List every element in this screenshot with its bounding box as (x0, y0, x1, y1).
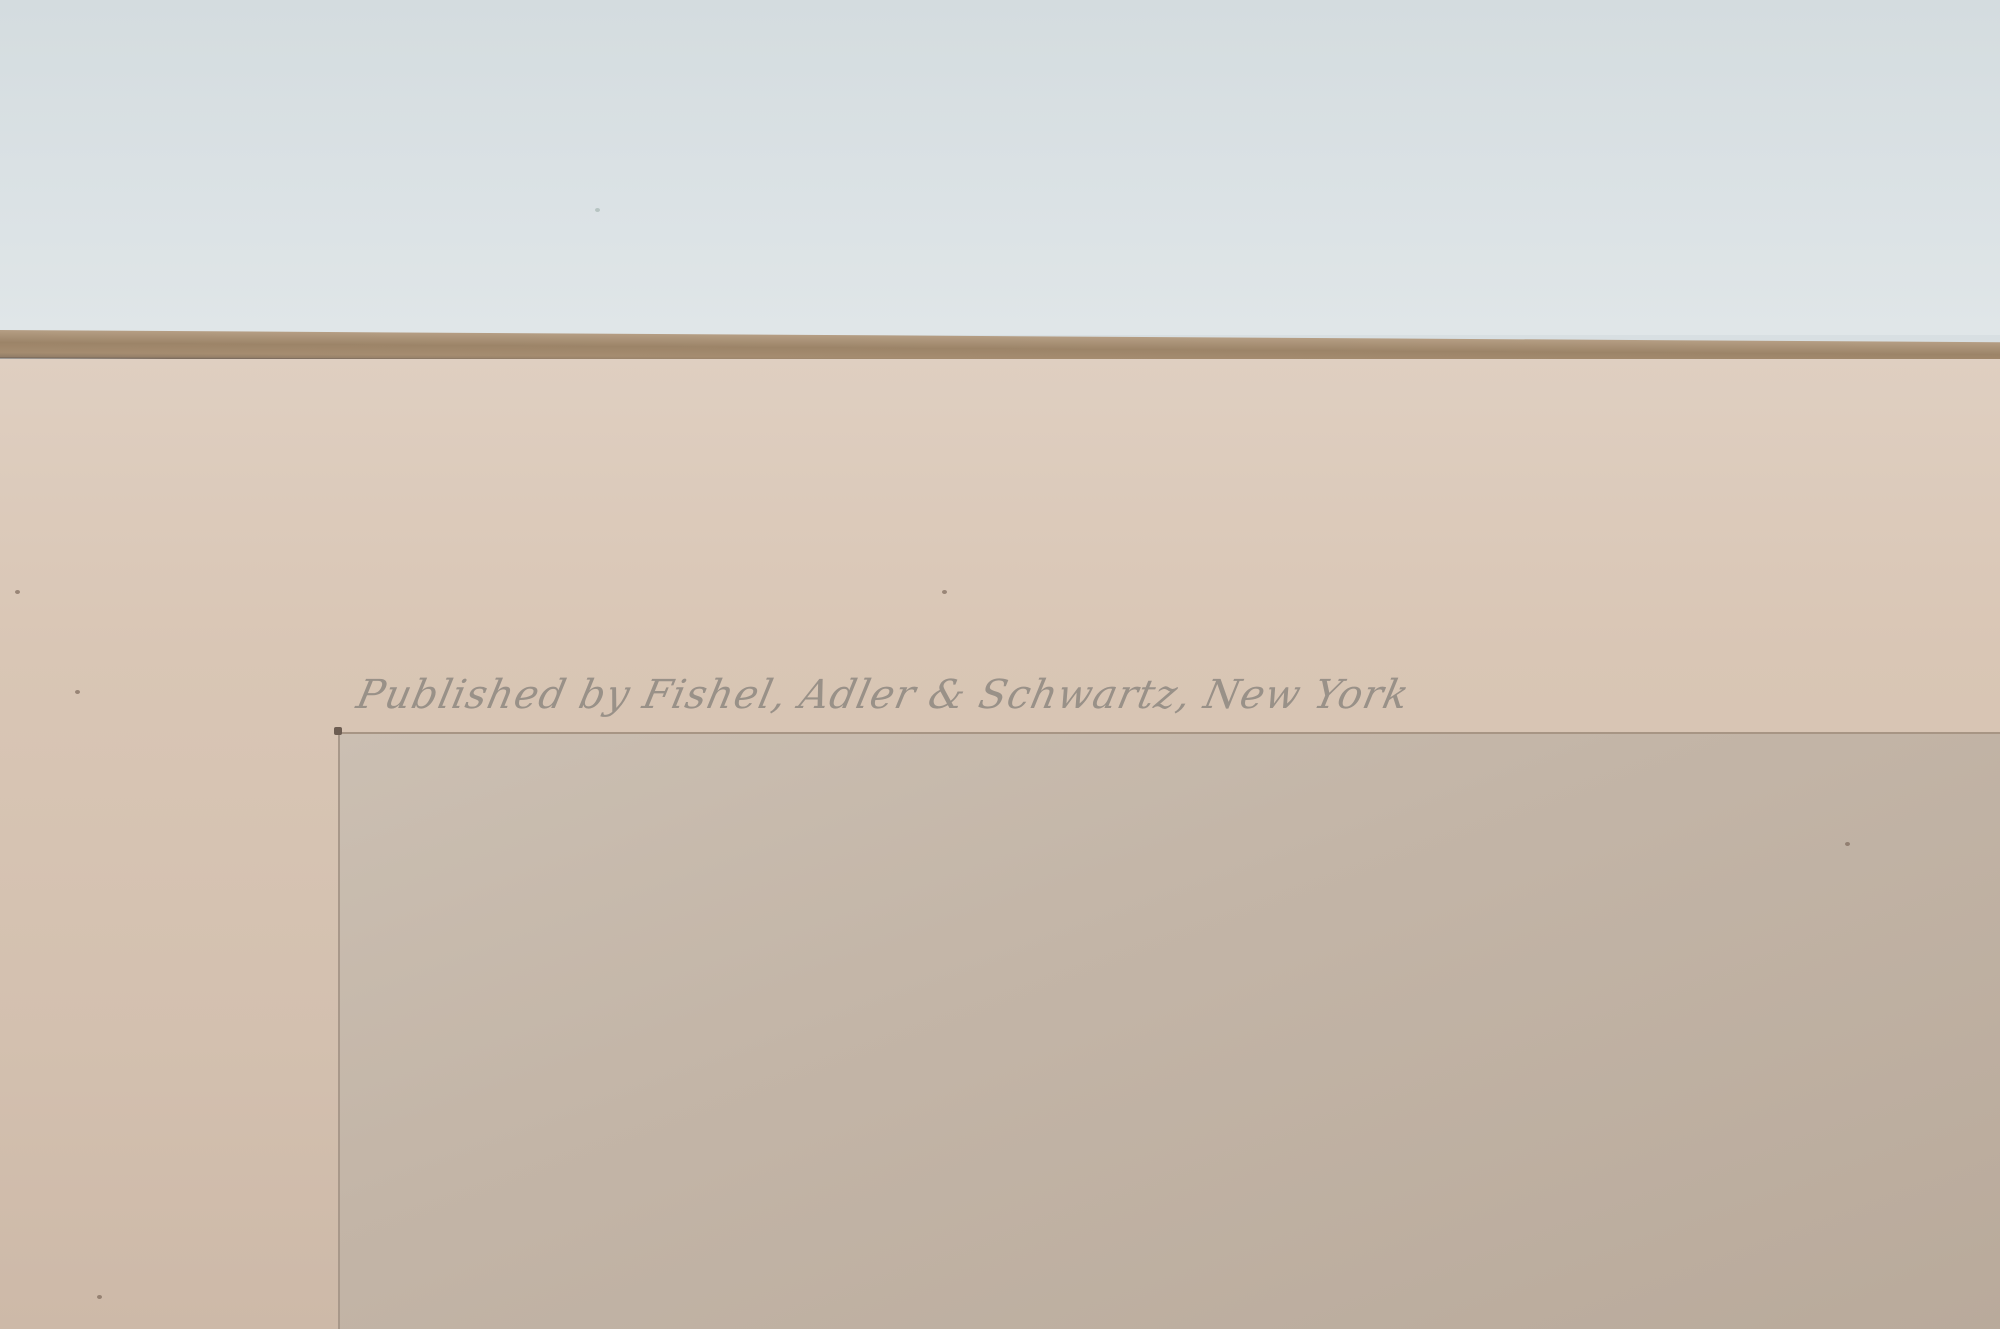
plate-mark-area (338, 732, 2000, 1329)
paper-speck (942, 590, 947, 594)
paper-speck (15, 590, 20, 594)
publisher-inscription: Published by Fishel, Adler & Schwartz, N… (348, 672, 1493, 742)
wall-speck (595, 208, 600, 212)
paper-speck (97, 1295, 102, 1299)
paper-speck (75, 690, 80, 694)
plate-corner-mark (334, 727, 342, 735)
wall-background (0, 0, 2000, 335)
paper-speck (1845, 842, 1850, 846)
